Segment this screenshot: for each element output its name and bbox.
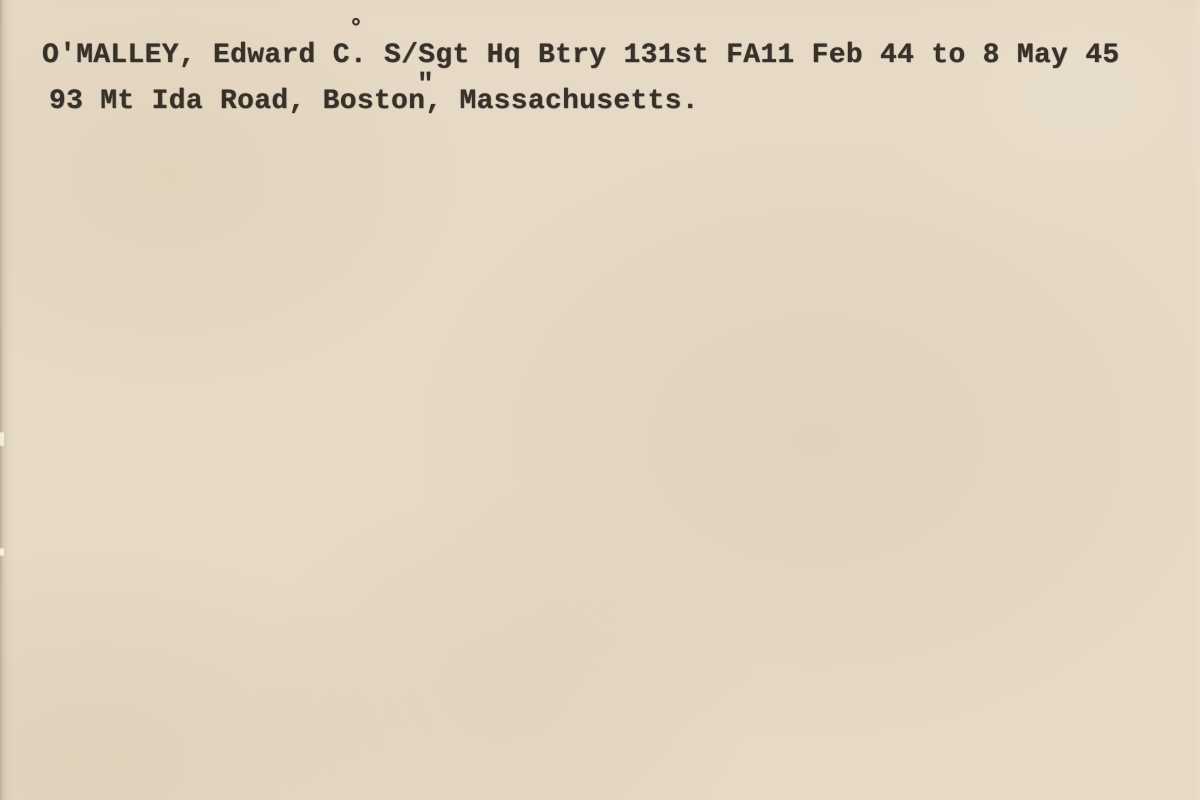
typewritten-text-block: O'MALLEY, Edward C. S/Sgt Hq Btry 131st … [42,33,1119,125]
quote-overstrike-mark: " [417,72,434,100]
typed-line-1-text: O'MALLEY, Edward C. S/Sgt Hq Btry 131st … [42,40,1119,71]
typed-line-address: 93 Mt Ida Road, Boston, Massachusetts. " [49,79,1119,125]
typed-line-2-text: 93 Mt Ida Road, Boston, Massachusetts. [49,86,699,117]
scanned-index-card: O'MALLEY, Edward C. S/Sgt Hq Btry 131st … [0,0,1200,800]
scan-edge-nick [0,548,4,556]
typed-line-name-rank-unit: O'MALLEY, Edward C. S/Sgt Hq Btry 131st … [42,33,1119,79]
scan-edge-nick [0,432,4,446]
slash-loop-overstrike-mark: ° [349,18,364,42]
